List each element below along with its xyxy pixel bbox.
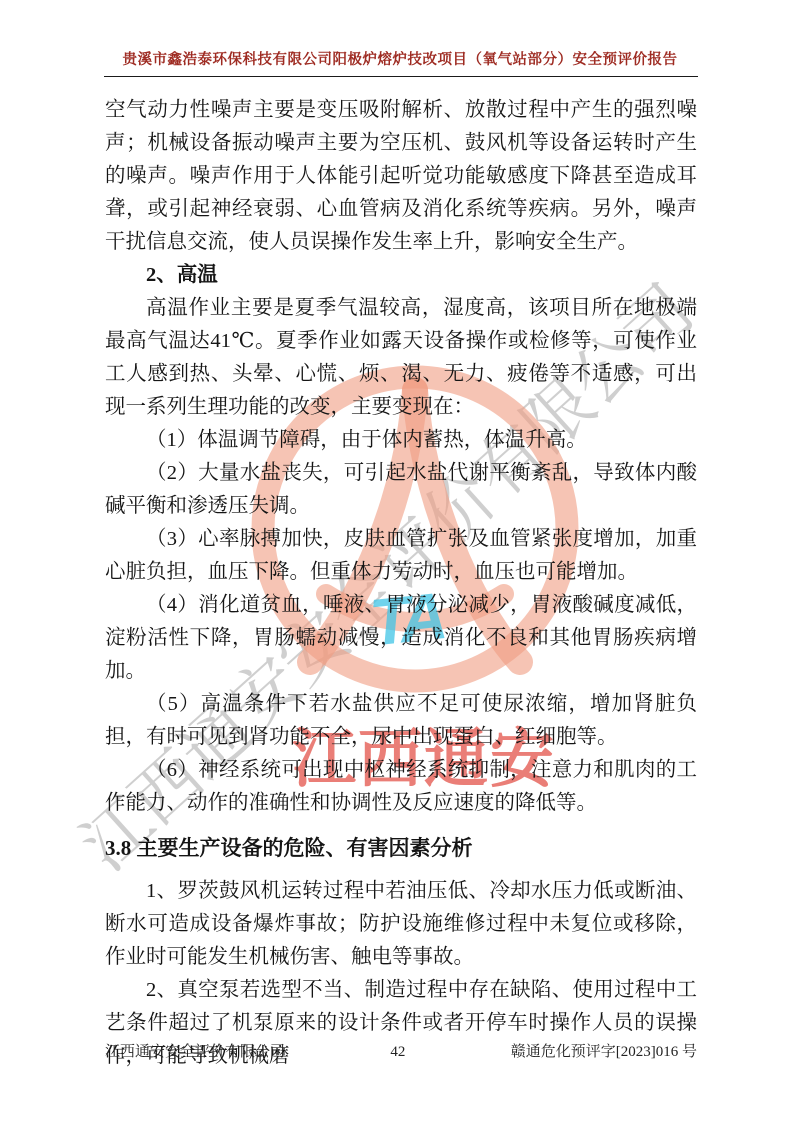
footer-page-number: 42 bbox=[390, 1044, 405, 1061]
section-heading-3-8: 3.8 主要生产设备的危险、有害因素分析 bbox=[105, 832, 697, 865]
footer-company: 江西通安安全评价有限公司 bbox=[105, 1040, 285, 1061]
list-item-2: （2）大量水盐丧失，可引起水盐代谢平衡紊乱，导致体内酸碱平衡和渗透压失调。 bbox=[105, 457, 697, 523]
paragraph-high-temp: 高温作业主要是夏季气温较高，湿度高，该项目所在地极端最高气温达41℃。夏季作业如… bbox=[105, 292, 697, 424]
header-divider bbox=[104, 76, 698, 77]
page-footer: 江西通安安全评价有限公司 42 赣通危化预评字[2023]016 号 bbox=[105, 1040, 697, 1061]
document-page: 江 西 通 安 安 全 评 价 有 限 公 司 TA 江西通安 贵溪市鑫浩泰环保… bbox=[0, 0, 800, 1131]
document-content: 空气动力性噪声主要是变压吸附解析、放散过程中产生的强烈噪声；机械设备振动噪声主要… bbox=[105, 94, 697, 1073]
header-title: 贵溪市鑫浩泰环保科技有限公司阳极炉熔炉技改项目（氧气站部分）安全预评价报告 bbox=[0, 48, 800, 69]
footer-doc-number: 赣通危化预评字[2023]016 号 bbox=[511, 1040, 697, 1061]
paragraph-noise: 空气动力性噪声主要是变压吸附解析、放散过程中产生的强烈噪声；机械设备振动噪声主要… bbox=[105, 94, 697, 259]
list-item-1: （1）体温调节障碍，由于体内蓄热，体温升高。 bbox=[105, 424, 697, 457]
list-item-4: （4）消化道贫血，唾液、胃液分泌减少，胃液酸碱度减低，淀粉活性下降，胃肠蠕动减慢… bbox=[105, 589, 697, 688]
list-item-6: （6）神经系统可出现中枢神经系统抑制，注意力和肌肉的工作能力、动作的准确性和协调… bbox=[105, 754, 697, 820]
paragraph-equipment-1: 1、罗茨鼓风机运转过程中若油压低、冷却水压力低或断油、断水可造成设备爆炸事故；防… bbox=[105, 875, 697, 974]
heading-high-temp: 2、高温 bbox=[105, 259, 697, 292]
list-item-5: （5）高温条件下若水盐供应不足可使尿浓缩，增加肾脏负担，有时可见到肾功能不全，尿… bbox=[105, 688, 697, 754]
list-item-3: （3）心率脉搏加快，皮肤血管扩张及血管紧张度增加，加重心脏负担，血压下降。但重体… bbox=[105, 523, 697, 589]
